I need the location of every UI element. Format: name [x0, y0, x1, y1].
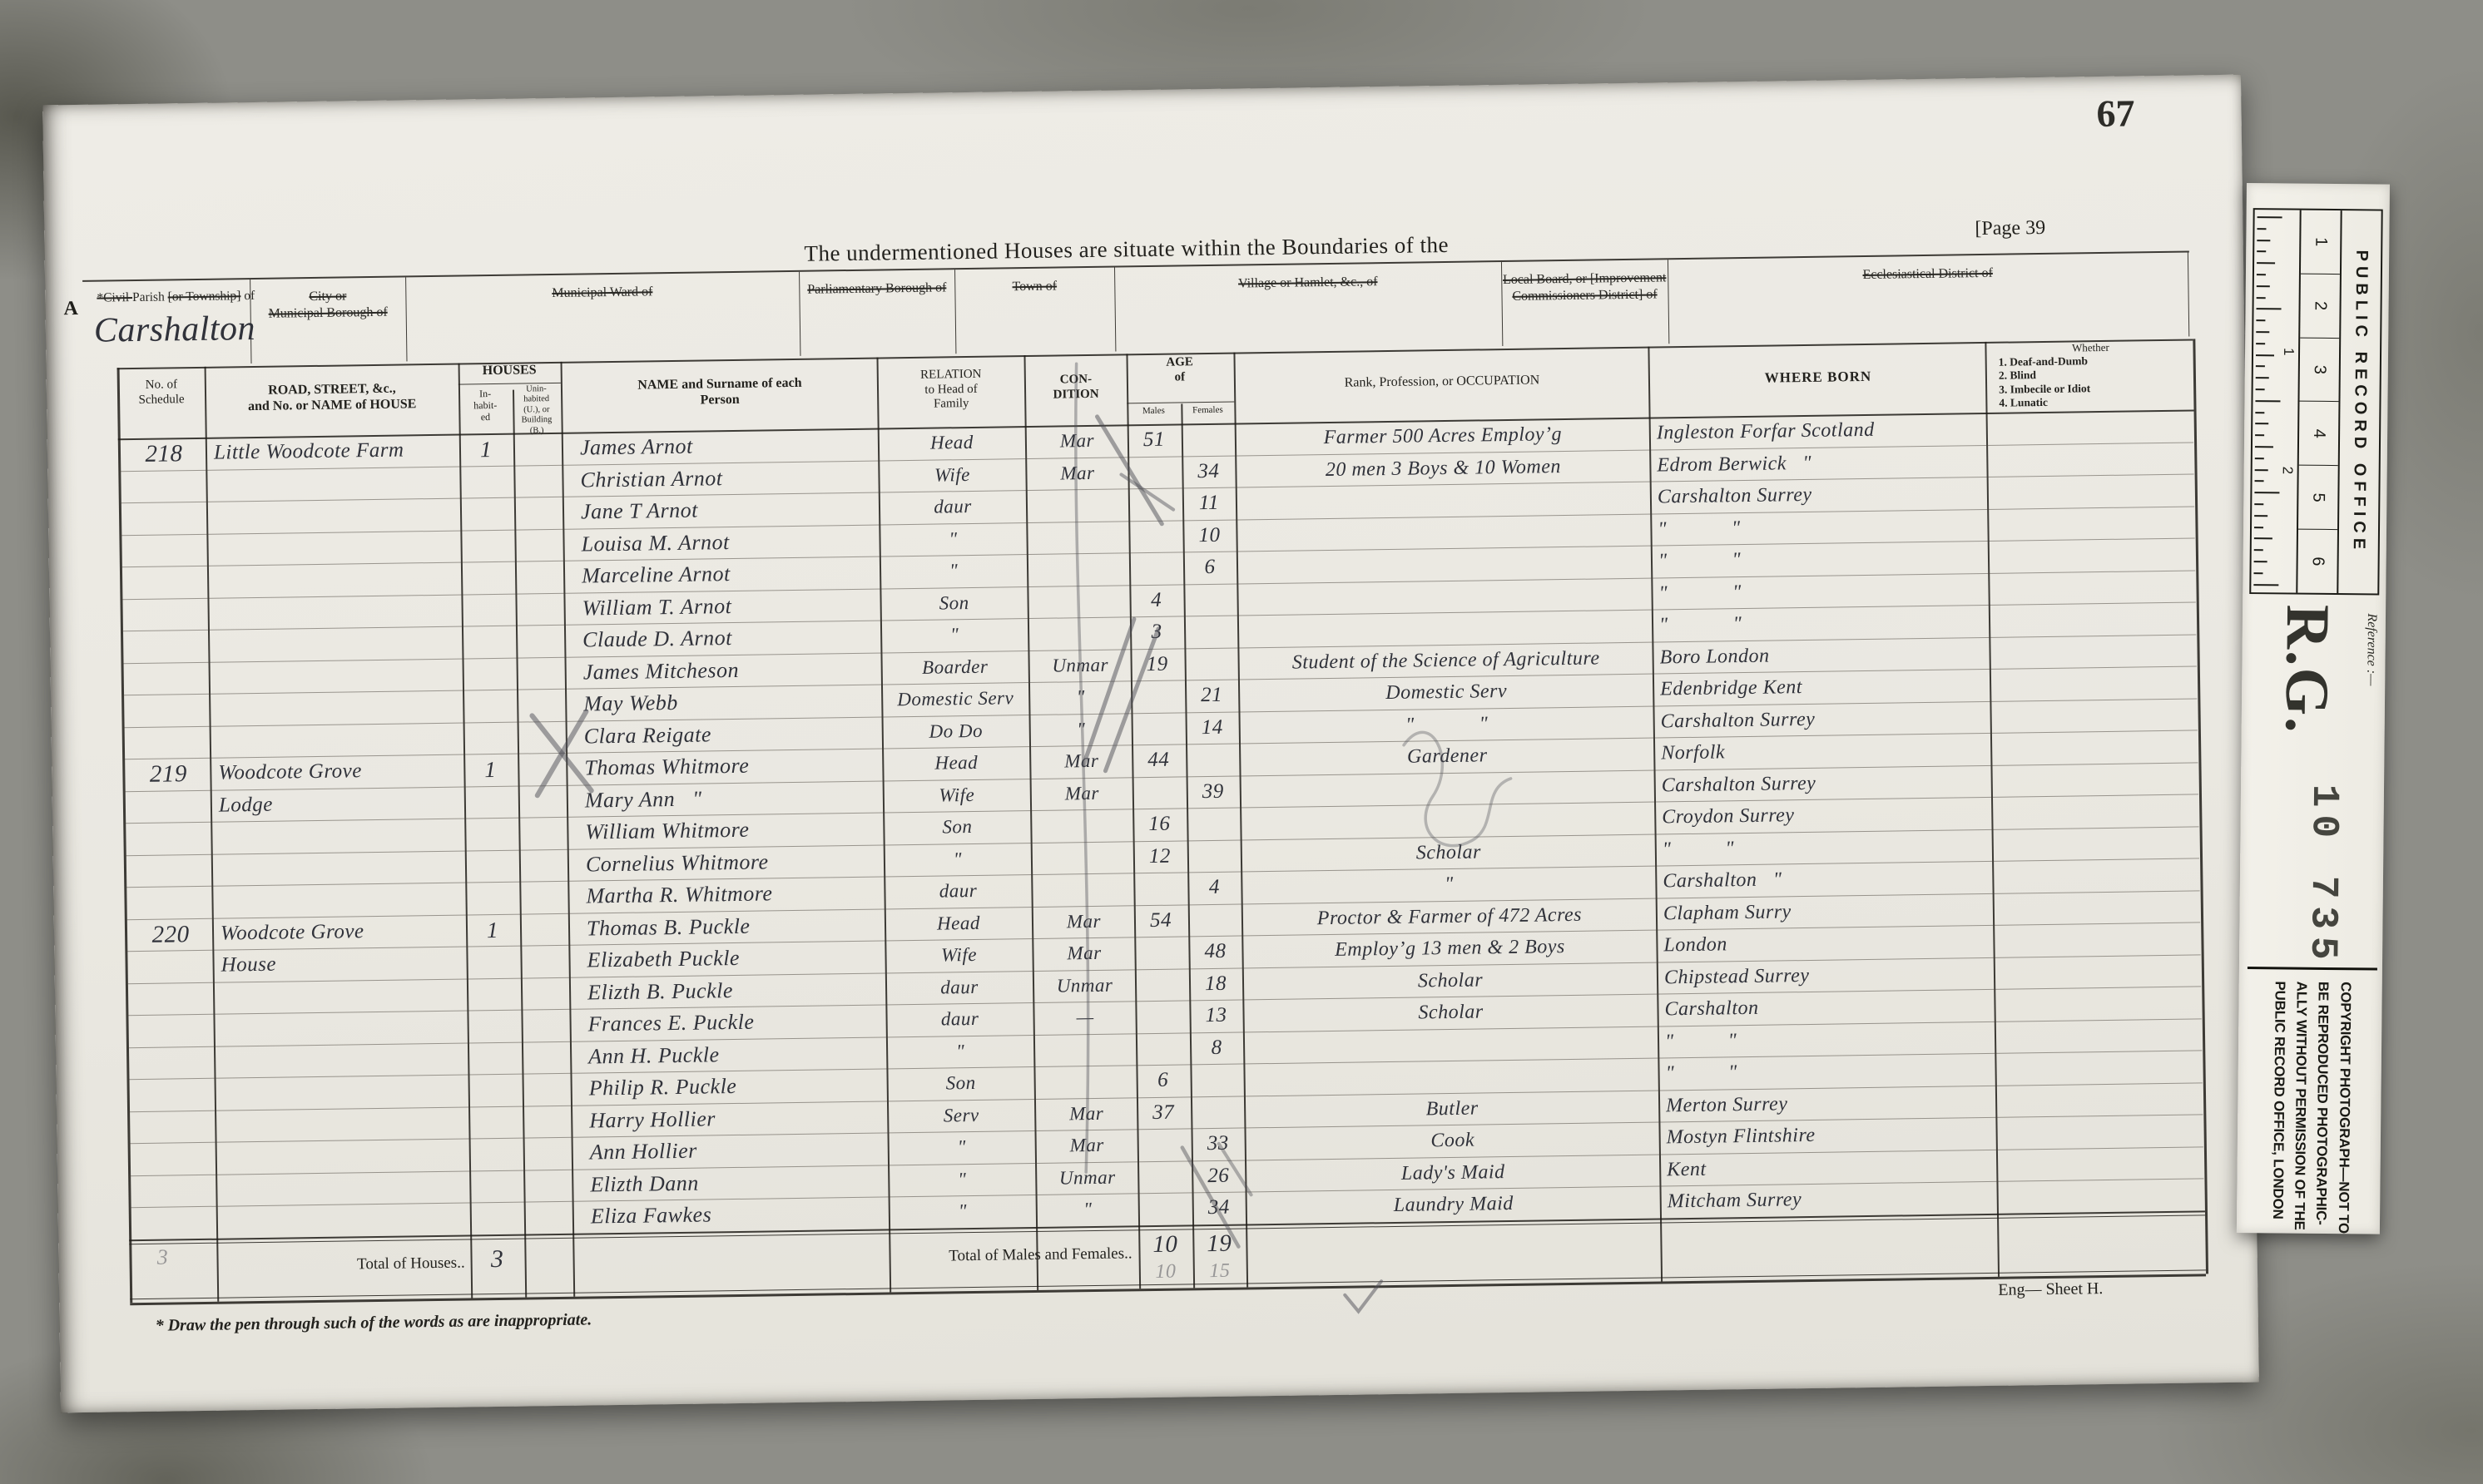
- ruler-tick: [2254, 527, 2263, 528]
- ruler-tick: [2255, 400, 2280, 402]
- cell-name: Clara Reigate: [584, 717, 880, 752]
- cell-rel: ": [892, 1195, 1034, 1228]
- cell-occ: " ": [1242, 706, 1650, 743]
- table-column-line: [513, 390, 527, 1298]
- ruler-tick: [2257, 240, 2270, 241]
- folio-number-stamp: 67: [2096, 91, 2135, 136]
- ruler-cm-number: 6: [2297, 530, 2337, 593]
- cell-ageF: 4: [1190, 873, 1239, 904]
- table-column-line: [458, 364, 473, 1298]
- census-sheet: 67 The undermentioned Houses are situate…: [42, 75, 2259, 1413]
- cell-name: Eliza Fawkes: [591, 1197, 887, 1232]
- cell-rel: ": [887, 843, 1029, 876]
- cell-ageM: 6: [1137, 1065, 1188, 1096]
- cell-occ: ": [1245, 867, 1653, 903]
- cell-ageF: 8: [1192, 1032, 1241, 1064]
- cell-born: Boro London: [1659, 637, 2025, 673]
- total-males-value: 10: [1140, 1230, 1190, 1259]
- cell-road: Lodge: [219, 787, 462, 821]
- cell-name: Philip R. Puckle: [588, 1070, 885, 1105]
- ruler-tick: [2256, 343, 2265, 344]
- ruler-tick: [2254, 492, 2279, 493]
- ruler-tick: [2255, 469, 2268, 471]
- boundary-cell-label: Village or Hamlet, &c., of: [1114, 262, 1501, 294]
- cell-born: Carshalton Surrey: [1660, 701, 2026, 737]
- cell-ageF: 21: [1187, 680, 1237, 712]
- cell-rel: Serv: [890, 1100, 1033, 1132]
- cell-born: Carshalton Surrey: [1662, 765, 2028, 801]
- copyright-line: ALLY WITHOUT PERMISSION OF THE: [2288, 982, 2312, 1231]
- cell-name: James Mitcheson: [582, 653, 879, 688]
- cell-born: Croydon Surrey: [1662, 797, 2028, 833]
- boundary-cell: Ecclesiastical District of: [1668, 253, 2189, 344]
- cell-born: Carshalton ": [1663, 861, 2029, 897]
- cell-cond: Mar: [1029, 458, 1126, 490]
- ruler-tick: [2257, 309, 2282, 310]
- cell-rel: Boarder: [884, 651, 1026, 684]
- cell-cond: Mar: [1036, 937, 1132, 970]
- cell-born: " ": [1665, 1021, 2031, 1057]
- cell-rel: ": [891, 1164, 1033, 1196]
- cell-name: Cornelius Whitmore: [586, 845, 882, 880]
- copyright-notice: COPYRIGHT PHOTOGRAPH—NOT TOBE REPRODUCED…: [2245, 967, 2377, 1231]
- cell-cond: Mar: [1038, 1130, 1135, 1162]
- cell-born: " ": [1665, 1053, 2031, 1089]
- boundary-cell-label: Local Board, or [Improvement Commissione…: [1501, 260, 1668, 305]
- cell-inhab: 1: [468, 914, 518, 946]
- cell-ageF: 34: [1195, 1193, 1244, 1224]
- ruler-tick: [2254, 549, 2263, 551]
- cell-ageF: 33: [1193, 1129, 1242, 1160]
- cell-ageF: 18: [1192, 968, 1241, 1000]
- col-header-males: Males: [1128, 405, 1179, 417]
- cell-cond: Unmar: [1037, 970, 1133, 1002]
- ruler-tick: [2256, 354, 2274, 356]
- cell-name: Claude D. Arnot: [582, 621, 879, 656]
- cell-ageF: 10: [1185, 520, 1234, 552]
- cell-name: Marceline Arnot: [582, 557, 878, 592]
- boundary-cell: Village or Hamlet, &c., of: [1114, 262, 1503, 351]
- cell-name: William T. Arnot: [582, 589, 878, 624]
- cell-rel: Wife: [888, 939, 1030, 972]
- cell-ageM: 16: [1134, 809, 1185, 840]
- cell-sched: 219: [126, 759, 211, 790]
- cell-cond: Mar: [1033, 745, 1130, 778]
- cell-occ: Lady's Maid: [1249, 1155, 1657, 1191]
- ruler-tick: [2254, 515, 2267, 517]
- cell-occ: Employ’g 13 men & 2 Boys: [1246, 931, 1653, 967]
- cell-name: Frances E. Puckle: [587, 1006, 884, 1041]
- cell-rel: Wife: [881, 459, 1023, 492]
- ruler-tick: [2255, 412, 2264, 413]
- cell-cond: Mar: [1029, 425, 1126, 458]
- ruler-inch-number: 2: [2279, 467, 2296, 475]
- cell-ageF: 6: [1186, 552, 1235, 584]
- ruler-tick: [2257, 216, 2282, 218]
- ruler-cm-number: 2: [2300, 274, 2340, 338]
- ruler-tick: [2255, 434, 2264, 436]
- cell-born: Chipstead Surrey: [1664, 957, 2030, 993]
- boundary-cell: City or Municipal Borough of: [250, 277, 407, 364]
- cell-name: James Arnot: [580, 429, 876, 464]
- ruler-tick: [2253, 584, 2278, 586]
- cell-ageF: 39: [1189, 776, 1238, 808]
- cell-born: Mostyn Flintshire: [1666, 1117, 2032, 1153]
- boundary-cell-label: Parliamentary Borough of: [799, 270, 954, 299]
- boundary-cell: Parliamentary Borough of: [799, 270, 956, 356]
- col-header-where-born: WHERE BORN: [1653, 367, 1984, 388]
- cell-inhab: 1: [461, 434, 512, 466]
- cell-born: Edrom Berwick ": [1657, 445, 2023, 481]
- cell-born: Mitcham Surrey: [1667, 1181, 2033, 1217]
- civil-parish-label: *Civil Parish [or Township] of: [97, 279, 250, 306]
- total-males-females-label: Total of Males and Females..: [807, 1244, 1132, 1267]
- cell-cond: Unmar: [1032, 650, 1128, 682]
- cell-rel: Wife: [886, 779, 1028, 812]
- col-header-age: AGE of: [1126, 355, 1232, 386]
- ruler-tick: [2257, 285, 2270, 287]
- cell-rel: Head: [888, 908, 1030, 940]
- cell-rel: Head: [885, 747, 1028, 779]
- margin-letter: A: [63, 298, 78, 320]
- civil-parish-label-part: Parish: [132, 289, 168, 304]
- cell-rel: daur: [882, 491, 1024, 523]
- cell-name: Elizth Dann: [590, 1165, 886, 1200]
- table-column-line: [117, 368, 133, 1303]
- cell-name: Mary Ann ": [585, 781, 881, 816]
- cell-name: Thomas Whitmore: [584, 749, 880, 784]
- cell-ageF: 34: [1184, 456, 1233, 487]
- cell-born: Carshalton Surrey: [1658, 477, 2024, 512]
- cell-name: Ann Hollier: [590, 1133, 886, 1168]
- cell-occ: Scholar: [1246, 962, 1654, 999]
- col-header-occupation: Rank, Profession, or OCCUPATION: [1238, 372, 1646, 393]
- cell-occ: Proctor & Farmer of 472 Acres: [1246, 898, 1653, 935]
- cell-rel: Head: [881, 427, 1023, 459]
- cell-cond: Unmar: [1039, 1162, 1136, 1195]
- cell-ageF: 11: [1185, 488, 1234, 520]
- reference-piece: 10 735: [2301, 784, 2346, 967]
- col-header-road: ROAD, STREET, &c., and No. or NAME of HO…: [206, 381, 458, 416]
- cell-rel: ": [891, 1131, 1033, 1164]
- total-houses-label: Total of Houses..: [226, 1254, 465, 1276]
- boundary-cell-label: City or Municipal Borough of: [250, 277, 406, 323]
- ruler-tick: [2257, 274, 2266, 275]
- cell-occ: Scholar: [1246, 995, 1654, 1031]
- cell-ageF: 48: [1191, 937, 1240, 968]
- cell-ageF: 13: [1192, 1001, 1241, 1032]
- cell-rel: daur: [887, 875, 1029, 908]
- cell-rel: Son: [886, 811, 1028, 843]
- table-column-line: [2193, 339, 2208, 1274]
- cell-rel: Son: [890, 1067, 1032, 1100]
- cell-occ: Gardener: [1243, 739, 1651, 775]
- cell-born: " ": [1663, 829, 2029, 865]
- cell-sched: 220: [129, 918, 213, 950]
- boundary-cell: Local Board, or [Improvement Commissione…: [1501, 260, 1669, 346]
- cell-occ: Student of the Science of Agriculture: [1241, 642, 1649, 679]
- cell-cond: Mar: [1034, 778, 1131, 810]
- cell-rel: daur: [889, 972, 1031, 1004]
- cell-cond: —: [1037, 1002, 1133, 1034]
- cell-name: Ann H. Puckle: [588, 1037, 885, 1072]
- ruler-tick: [2253, 572, 2262, 574]
- cell-road: Woodcote Grove: [221, 915, 463, 949]
- ruler-cm-number: 5: [2298, 466, 2338, 530]
- cell-name: May Webb: [583, 685, 880, 720]
- ruler-tick: [2256, 319, 2265, 321]
- pro-office-label: PUBLIC RECORD OFFICE: [2337, 210, 2381, 593]
- civil-parish-value: Carshalton: [94, 309, 256, 351]
- cell-born: Carshalton: [1664, 989, 2030, 1025]
- ruler-tick: [2256, 377, 2269, 378]
- ruler-tick: [2254, 537, 2272, 539]
- cell-occ: Cook: [1248, 1123, 1656, 1160]
- cell-name: Elizth B. Puckle: [587, 973, 884, 1008]
- cell-rel: ": [883, 555, 1025, 587]
- ruler-tick: [2255, 423, 2268, 425]
- cell-cond: Mar: [1036, 906, 1132, 938]
- sheet-label: Eng— Sheet H.: [1998, 1279, 2103, 1300]
- cell-born: " ": [1659, 605, 2025, 641]
- col-header-inhabited: In- habit- ed: [459, 388, 512, 423]
- cell-name: Martha R. Whitmore: [586, 878, 882, 913]
- page-reference: [Page 39: [1975, 217, 2045, 240]
- cell-cond: ": [1040, 1194, 1137, 1226]
- cell-road: Woodcote Grove: [218, 755, 461, 789]
- ruler-tick: [2257, 251, 2266, 253]
- ruler-cm-number: 1: [2301, 210, 2341, 275]
- cell-name: Thomas B. Puckle: [587, 909, 883, 944]
- cell-name: Louisa M. Arnot: [581, 525, 877, 560]
- ruler-tick: [2254, 503, 2263, 505]
- boundary-band: *Civil Parish [or Township] ofCity or Mu…: [42, 75, 2241, 106]
- cell-road: Little Woodcote Farm: [214, 435, 457, 469]
- cell-rel: daur: [889, 1003, 1031, 1036]
- col-header-name: NAME and Surname of each Person: [564, 375, 875, 411]
- ruler-tick: [2257, 297, 2266, 299]
- cell-born: Ingleston Forfar Scotland: [1657, 413, 2023, 448]
- civil-parish-label-part: [or Township]: [168, 289, 241, 304]
- col-header-females: Females: [1182, 405, 1233, 417]
- cell-ageM: 19: [1132, 649, 1182, 680]
- col-header-houses: HOUSES: [458, 363, 561, 380]
- col-header-uninhabited: Unin- habited (U.), or Building (B.): [513, 384, 561, 437]
- footnote: * Draw the pen through such of the words…: [156, 1310, 592, 1335]
- slip-rotated-content: PUBLIC RECORD OFFICE 123456 12 Reference…: [2237, 183, 2390, 1234]
- cell-born: " ": [1658, 573, 2025, 609]
- col-header-relation: RELATION to Head of Family: [879, 367, 1024, 413]
- boundary-cell-label: Town of: [954, 268, 1114, 297]
- census-table: [42, 75, 2241, 106]
- ruler-inch-scale: 12: [2253, 210, 2299, 592]
- cell-name: Elizabeth Puckle: [587, 942, 883, 977]
- cell-born: " ": [1658, 541, 2025, 576]
- cell-rel: Do Do: [885, 715, 1028, 748]
- copyright-line: BE REPRODUCED PHOTOGRAPHIC-: [2310, 982, 2334, 1231]
- ruler-tick: [2256, 388, 2265, 390]
- cell-occ: Scholar: [1245, 834, 1653, 871]
- total-females-value: 19: [1195, 1230, 1243, 1259]
- cell-name: Harry Hollier: [589, 1101, 885, 1136]
- total-houses-value: 3: [472, 1245, 522, 1274]
- cell-road: House: [221, 947, 463, 982]
- col-header-schedule: No. of Schedule: [120, 378, 203, 408]
- cell-name: Jane T Arnot: [581, 493, 877, 528]
- cell-born: Kent: [1667, 1150, 2033, 1185]
- ruler-cm-scale: 123456: [2296, 210, 2340, 593]
- cell-sched: 218: [122, 438, 206, 470]
- cell-occ: Laundry Maid: [1250, 1187, 1658, 1224]
- scanned-census-page: 67 The undermentioned Houses are situate…: [0, 0, 2483, 1484]
- ruler-tick: [2256, 366, 2265, 368]
- cell-born: Merton Surrey: [1666, 1086, 2032, 1121]
- total-males-pencil: 10: [1141, 1260, 1191, 1284]
- cell-cond: ": [1033, 714, 1130, 746]
- table-rows: 218Little Woodcote Farm1James ArnotHeadM…: [42, 75, 2241, 106]
- ruler-tick: [2255, 458, 2264, 459]
- cell-ageM: 12: [1135, 841, 1186, 873]
- cell-rel: ": [884, 619, 1026, 651]
- cell-ageM: 3: [1132, 616, 1182, 648]
- ruler-cm-number: 3: [2299, 338, 2339, 402]
- cell-born: London: [1663, 925, 2030, 961]
- ruler-cm-number: 4: [2299, 402, 2339, 466]
- pro-reference-slip: PUBLIC RECORD OFFICE 123456 12 Reference…: [2237, 183, 2390, 1234]
- cell-name: William Whitmore: [585, 814, 881, 848]
- cell-born: " ": [1658, 509, 2024, 545]
- cell-occ: Butler: [1248, 1091, 1656, 1127]
- ruler-tick: [2255, 480, 2264, 482]
- cell-born: Clapham Surry: [1663, 893, 2030, 929]
- total-females-pencil: 15: [1196, 1260, 1244, 1284]
- boundary-cell: Town of: [954, 268, 1116, 354]
- table-column-line: [561, 362, 575, 1297]
- cell-occ: 20 men 3 Boys & 10 Women: [1239, 450, 1647, 487]
- boundary-cell: Municipal Ward of: [405, 272, 800, 362]
- ruler-tick: [2257, 228, 2266, 230]
- ruler-tick: [2256, 331, 2269, 333]
- copyright-line: COPYRIGHT PHOTOGRAPH—NOT TO: [2332, 982, 2356, 1231]
- cell-born: Norfolk: [1661, 733, 2027, 769]
- ruler-tick: [2255, 446, 2273, 448]
- cell-ageF: 26: [1194, 1160, 1243, 1192]
- slip-ruler: PUBLIC RECORD OFFICE 123456 12: [2249, 208, 2382, 595]
- col-header-condition: CON- DITION: [1027, 372, 1125, 403]
- schedule-pencil-total: 3: [137, 1244, 187, 1270]
- cell-born: Edenbridge Kent: [1660, 669, 2026, 705]
- table-column-line: [205, 367, 220, 1302]
- cell-ageM: 37: [1138, 1097, 1189, 1129]
- cell-ageF: 14: [1187, 712, 1237, 744]
- cell-occ: Domestic Serv: [1242, 675, 1650, 711]
- ruler-inch-number: 1: [2280, 348, 2297, 356]
- cell-cond: Mar: [1038, 1098, 1135, 1130]
- cell-ageM: 54: [1136, 905, 1187, 937]
- copyright-line: PUBLIC RECORD OFFICE, LONDON: [2266, 981, 2290, 1230]
- cell-occ: Farmer 500 Acres Employ’g: [1239, 418, 1647, 455]
- cell-rel: Son: [883, 587, 1025, 620]
- cell-ageM: 4: [1131, 585, 1182, 616]
- cell-ageM: 44: [1133, 744, 1184, 776]
- cell-name: Christian Arnot: [580, 461, 876, 496]
- cell-cond: ": [1033, 681, 1129, 714]
- cell-rel: ": [890, 1036, 1032, 1068]
- ruler-tick: [2254, 561, 2267, 562]
- col-header-whether-list: 1. Deaf-and-Dumb 2. Blind 3. Imbecile or…: [1999, 353, 2193, 410]
- reference-series: R.G.: [2271, 604, 2342, 735]
- cell-inhab: 1: [465, 754, 516, 786]
- boundary-cell-label: Municipal Ward of: [405, 272, 799, 304]
- cell-rel: ": [882, 523, 1024, 556]
- cell-ageM: 51: [1129, 424, 1180, 456]
- civil-parish-label-part: *Civil: [97, 290, 132, 305]
- cell-rel: Domestic Serv: [885, 683, 1027, 715]
- ruler-tick: [2257, 262, 2275, 264]
- reference-label: Reference :—: [2363, 613, 2379, 685]
